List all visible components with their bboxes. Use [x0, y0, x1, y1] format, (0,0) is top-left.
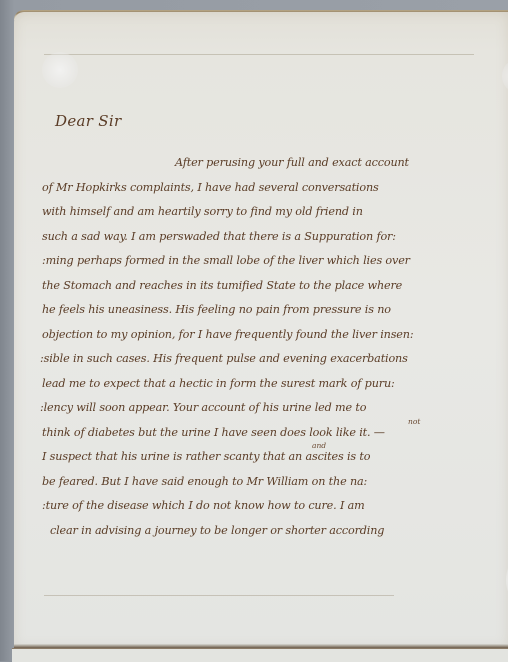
page-bottom-edge — [14, 644, 508, 648]
paper-fold-line — [44, 595, 394, 596]
salutation: Dear Sir — [55, 112, 121, 130]
letter-line: he feels his uneasiness. His feeling no … — [42, 303, 391, 317]
letter-line: think of diabetes but the urine I have s… — [42, 426, 385, 440]
letter-line: :ming perhaps formed in the small lobe o… — [42, 254, 410, 268]
letter-line: such a sad way. I am perswaded that ther… — [42, 230, 396, 244]
letter-line: objection to my opinion, for I have freq… — [42, 328, 413, 342]
blind-stamp-mark — [42, 52, 78, 88]
paper-fold-line — [44, 54, 474, 55]
letter-line: of Mr Hopkirks complaints, I have had se… — [42, 181, 379, 195]
letter-line: I suspect that his urine is rather scant… — [42, 450, 370, 464]
letter-line: After perusing your full and exact accou… — [175, 156, 409, 170]
letter-line: clear in advising a journey to be longer… — [50, 524, 384, 538]
interlinear-insertion: not — [408, 417, 420, 426]
letter-line: :sible in such cases. His frequent pulse… — [40, 352, 408, 366]
letter-line: be feared. But I have said enough to Mr … — [42, 475, 367, 489]
letter-line: :lency will soon appear. Your account of… — [40, 401, 366, 415]
page-stack-edge — [12, 648, 508, 661]
letter-line: with himself and am heartily sorry to fi… — [42, 205, 363, 219]
letter-line: :ture of the disease which I do not know… — [42, 499, 365, 513]
blind-stamp-mark — [502, 60, 508, 92]
interlinear-insertion: and — [312, 441, 326, 450]
letter-line: the Stomach and reaches in its tumified … — [42, 279, 402, 293]
letter-line: lead me to expect that a hectic in form … — [42, 377, 395, 391]
